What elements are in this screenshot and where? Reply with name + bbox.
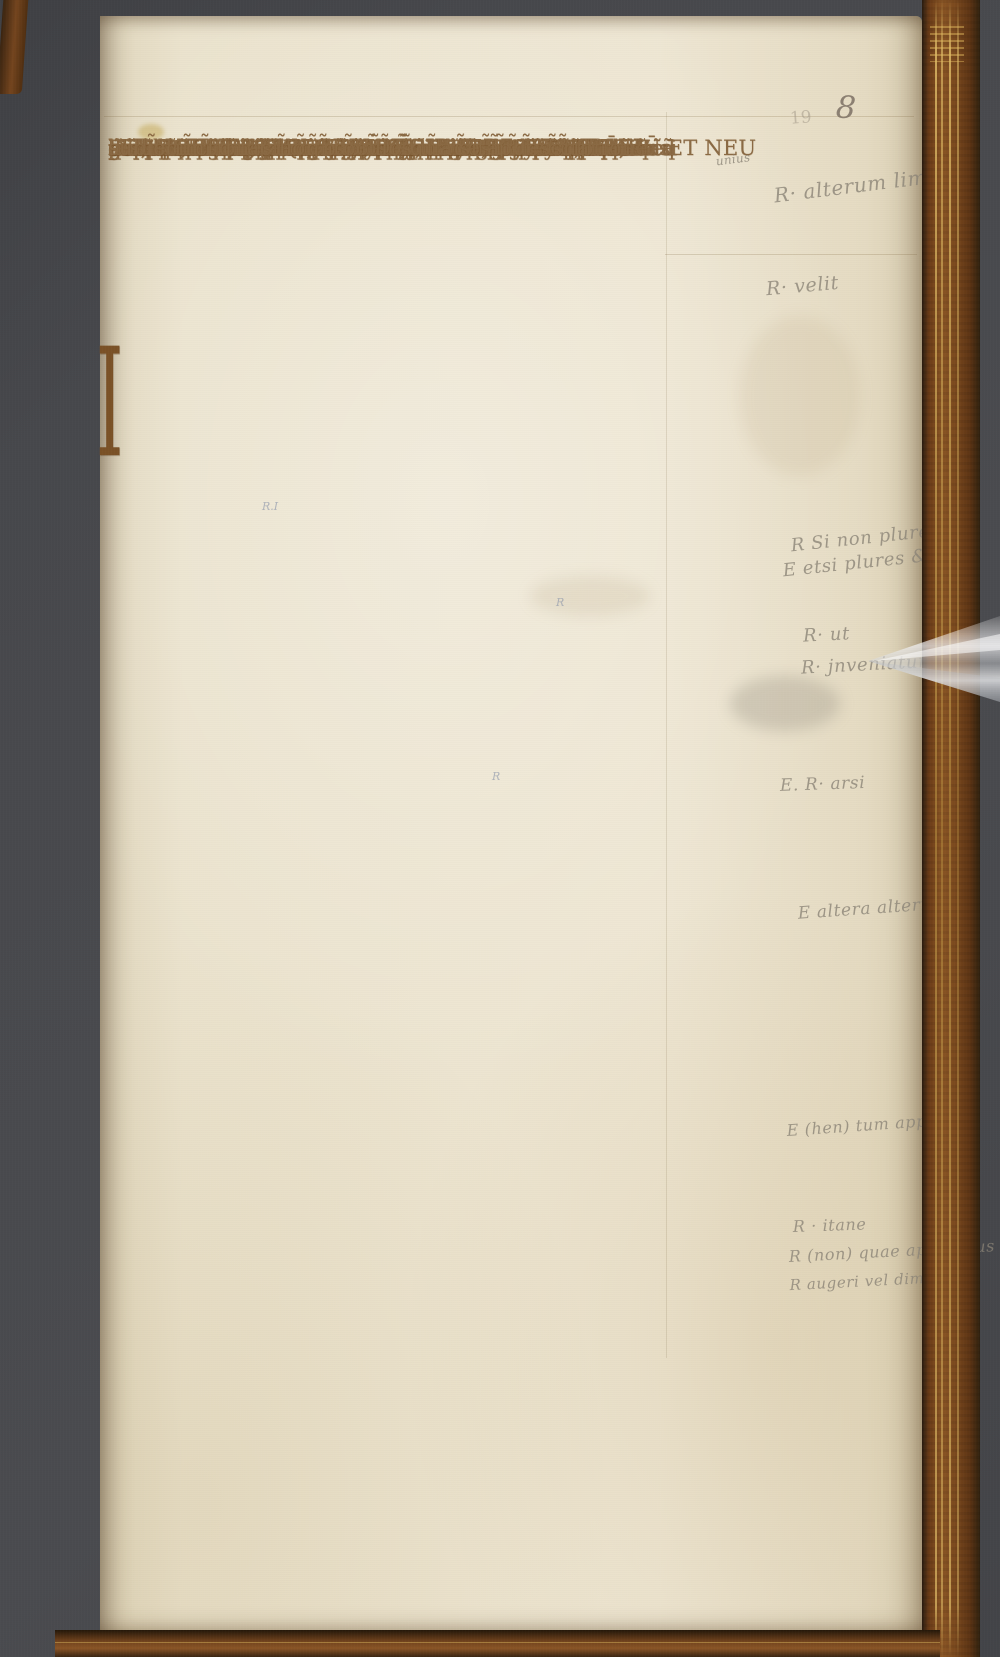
bottom-board-edge [55, 1630, 940, 1657]
pencil-note-text: R· velit [765, 272, 840, 300]
gold-fillet-line [941, 0, 943, 1657]
gold-fillet-line [55, 1642, 940, 1643]
pencil-note: R Si non plures [725, 515, 794, 584]
interlinear-marks: R.IRR [100, 16, 922, 1634]
interlinear-pencil-mark: R.I [262, 500, 278, 513]
pencil-note: E (hen) tum appositus [728, 1102, 789, 1163]
gold-fillet-line [949, 0, 951, 1657]
parchment-stain [530, 576, 650, 616]
pencil-note-text: E altera alteri [797, 895, 927, 924]
pencil-note: uniusR· alterum limpide [701, 160, 779, 240]
ruling-line [666, 112, 667, 1358]
pencil-note: R· ut [738, 605, 804, 671]
spine-corner [0, 0, 28, 94]
manuscript-page: 19 8 I rei poteſ inditiū dare. Liqueſcun… [100, 16, 922, 1634]
gold-fillet-line [935, 0, 937, 1657]
text-line: subiecim’ q̃ facilior p oculos uia sit. [108, 134, 493, 164]
folio-number: 8 [835, 89, 857, 126]
pencil-note-text: E. R· arsi [780, 773, 866, 796]
parchment-stain [730, 676, 840, 731]
pencil-note: R· velit [697, 256, 769, 328]
pencil-note: E altera alteri [736, 884, 800, 948]
right-binding-edge [922, 0, 980, 1657]
transparent-page-weight [862, 606, 1000, 710]
parchment-stain [740, 316, 860, 476]
pencil-note-text: R Si non plures [790, 520, 941, 556]
manuscript-photo: ū aliis ablaxatioprincipaa elegeadē alis… [0, 0, 1000, 1657]
pencil-note-text: R· ut [803, 623, 851, 646]
gold-fillet-line [957, 0, 959, 1657]
crease-line [665, 254, 917, 255]
pencil-note: R (non) quae appositius [731, 1228, 791, 1288]
initial-I: I [96, 346, 123, 463]
faint-folio-number: 19 [789, 107, 812, 128]
pencil-note: E etsi plures &c. [717, 540, 786, 609]
pencil-marginalia: uniusR· alterum limpide R· velit R Si no… [100, 16, 922, 1634]
pencil-note: E. R· arsi [719, 756, 781, 818]
interlinear-pencil-mark: R [492, 770, 500, 783]
pencil-note: R · itane [735, 1198, 794, 1257]
pencil-note-text: R · itane [792, 1214, 866, 1236]
pencil-note: R augeri vel dimini [735, 1258, 791, 1315]
